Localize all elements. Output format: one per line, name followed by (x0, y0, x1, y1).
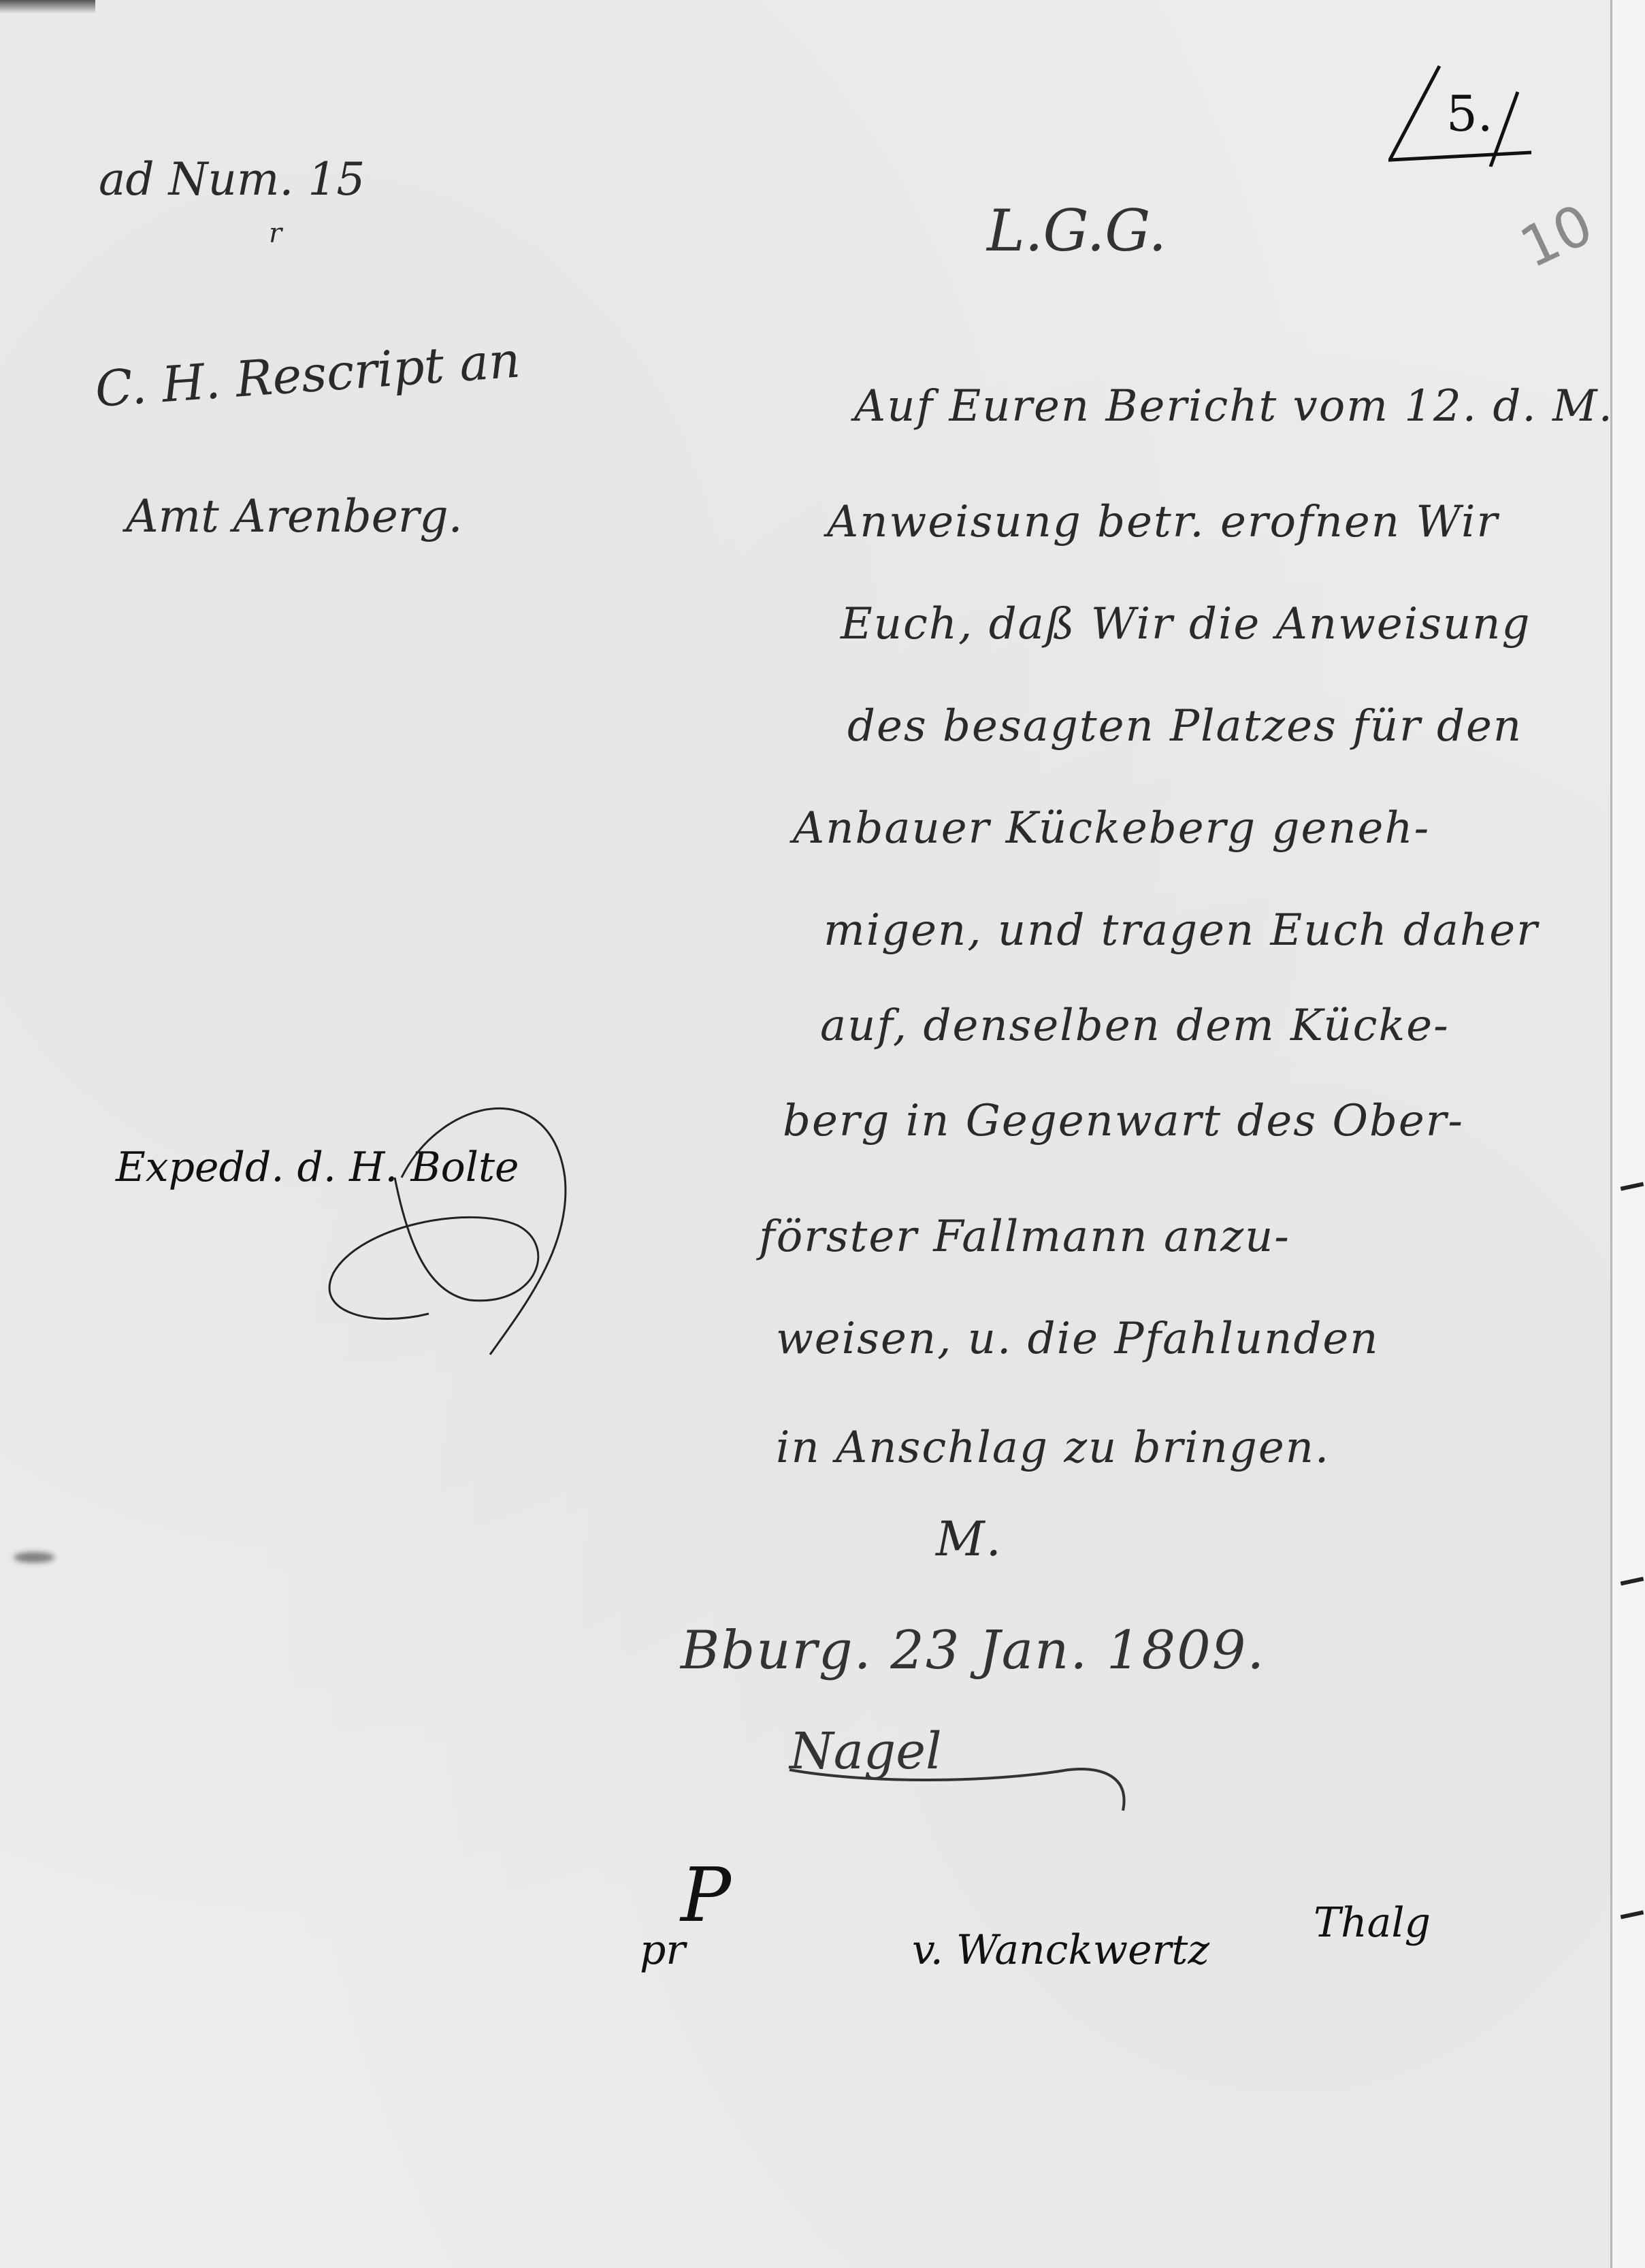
body-line-5: Anbauer Kückeberg geneh- (793, 803, 1430, 854)
pencil-page-number: 10 (1511, 192, 1603, 280)
edge-ink-mark (1620, 1911, 1644, 1919)
body-line-10: weisen, u. die Pfahlunden (776, 1314, 1379, 1364)
document-page: ad Num. 15 r C. H. Rescript an Amt Arenb… (0, 0, 1613, 2268)
margin-note-line-1: C. H. Rescript an (93, 331, 522, 417)
expedition-flourish-icon (293, 1069, 579, 1368)
body-line-1: Auf Euren Bericht vom 12. d. M. (854, 381, 1614, 432)
scan-shadow (0, 0, 95, 14)
margin-reference-mark: r (269, 218, 282, 249)
ink-stain (14, 1552, 54, 1563)
closing-mark: M. (936, 1511, 1003, 1567)
body-line-4: des besagten Platzes für den (847, 701, 1522, 751)
body-line-3: Euch, daß Wir die Anweisung (841, 599, 1531, 649)
folio-number: 5. (1446, 85, 1493, 142)
margin-reference: ad Num. 15 (99, 153, 365, 206)
edge-ink-mark (1620, 1577, 1644, 1586)
page-edge (1610, 0, 1645, 2268)
margin-note-line-2: Amt Arenberg. (126, 490, 463, 542)
body-line-11: in Anschlag zu bringen. (776, 1423, 1330, 1473)
body-line-7: auf, denselben dem Kücke- (820, 1001, 1450, 1051)
paraph-mark: P (681, 1851, 731, 1939)
body-line-2: Anweisung betr. erofnen Wir (827, 497, 1499, 547)
signature-wanckwertz: v. Wanckwertz (912, 1926, 1209, 1974)
body-line-8: berg in Gegenwart des Ober- (783, 1096, 1464, 1146)
per-mark: pr (640, 1926, 685, 1974)
place-and-date: Bburg. 23 Jan. 1809. (681, 1620, 1265, 1681)
letter-heading: L.G.G. (987, 197, 1167, 264)
body-line-6: migen, und tragen Euch daher (824, 905, 1539, 956)
signature-thalg: Thalg (1314, 1899, 1431, 1947)
body-line-9: förster Fallmann anzu- (759, 1212, 1290, 1262)
chancellery-flourish-icon (783, 1743, 1137, 1817)
edge-ink-mark (1620, 1182, 1644, 1191)
folio-number-box: 5. (1388, 65, 1531, 167)
